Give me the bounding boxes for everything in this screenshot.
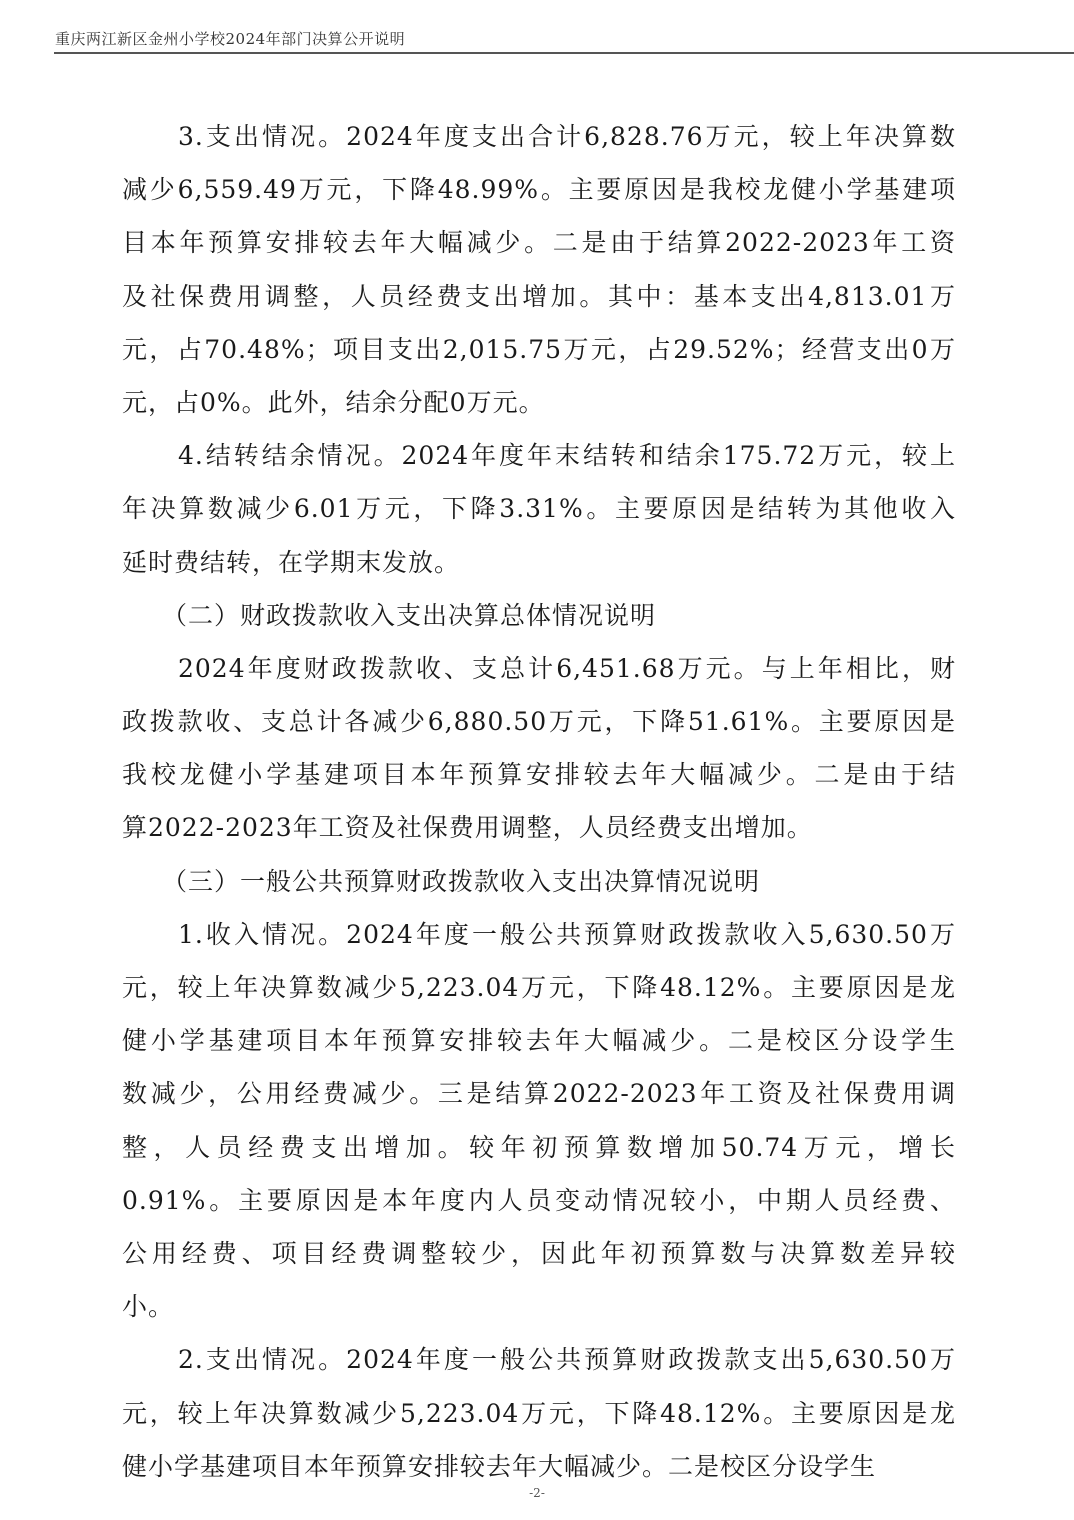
paragraph-line: 我校龙健小学基建项目本年预算安排较去年大幅减少。二是由于结	[122, 748, 956, 801]
paragraph-line: 算2022-2023年工资及社保费用调整，人员经费支出增加。	[122, 801, 956, 854]
paragraph-line: 及社保费用调整，人员经费支出增加。其中：基本支出4,813.01万	[122, 270, 956, 323]
paragraph-line: 整，人员经费支出增加。较年初预算数增加50.74万元，增长	[122, 1121, 956, 1174]
paragraph-line: 政拨款收、支总计各减少6,880.50万元，下降51.61%。主要原因是	[122, 695, 956, 748]
paragraph-line: 3.支出情况。2024年度支出合计6,828.76万元，较上年决算数	[122, 110, 956, 163]
paragraph-line: 元，较上年决算数减少5,223.04万元，下降48.12%。主要原因是龙	[122, 961, 956, 1014]
paragraph-line: 元，较上年决算数减少5,223.04万元，下降48.12%。主要原因是龙	[122, 1387, 956, 1440]
paragraph-line: 4.结转结余情况。2024年度年末结转和结余175.72万元，较上	[122, 429, 956, 482]
running-header: 重庆两江新区金州小学校2024年部门决算公开说明	[55, 28, 405, 49]
header-divider	[54, 52, 1074, 54]
section-heading: （三）一般公共预算财政拨款收入支出决算情况说明	[122, 855, 956, 908]
paragraph-line: 公用经费、项目经费调整较少，因此年初预算数与决算数差异较	[122, 1227, 956, 1280]
paragraph-line: 元，占70.48%；项目支出2,015.75万元，占29.52%；经营支出0万	[122, 323, 956, 376]
paragraph-line: 年决算数减少6.01万元，下降3.31%。主要原因是结转为其他收入	[122, 482, 956, 535]
paragraph-line: 2.支出情况。2024年度一般公共预算财政拨款支出5,630.50万	[122, 1333, 956, 1386]
paragraph-line: 元，占0%。此外，结余分配0万元。	[122, 376, 956, 429]
paragraph-line: 0.91%。主要原因是本年度内人员变动情况较小，中期人员经费、	[122, 1174, 956, 1227]
paragraph-line: 数减少，公用经费减少。三是结算2022-2023年工资及社保费用调	[122, 1067, 956, 1120]
paragraph-line: 1.收入情况。2024年度一般公共预算财政拨款收入5,630.50万	[122, 908, 956, 961]
document-body: 3.支出情况。2024年度支出合计6,828.76万元，较上年决算数减少6,55…	[122, 110, 956, 1493]
paragraph-line: 延时费结转，在学期末发放。	[122, 536, 956, 589]
section-heading: （二）财政拨款收入支出决算总体情况说明	[122, 589, 956, 642]
page-number: -2-	[0, 1486, 1074, 1500]
paragraph-line: 健小学基建项目本年预算安排较去年大幅减少。二是校区分设学生	[122, 1014, 956, 1067]
paragraph-line: 减少6,559.49万元，下降48.99%。主要原因是我校龙健小学基建项	[122, 163, 956, 216]
paragraph-line: 2024年度财政拨款收、支总计6,451.68万元。与上年相比，财	[122, 642, 956, 695]
paragraph-line: 健小学基建项目本年预算安排较去年大幅减少。二是校区分设学生	[122, 1440, 956, 1493]
paragraph-line: 目本年预算安排较去年大幅减少。二是由于结算2022-2023年工资	[122, 216, 956, 269]
paragraph-line: 小。	[122, 1280, 956, 1333]
